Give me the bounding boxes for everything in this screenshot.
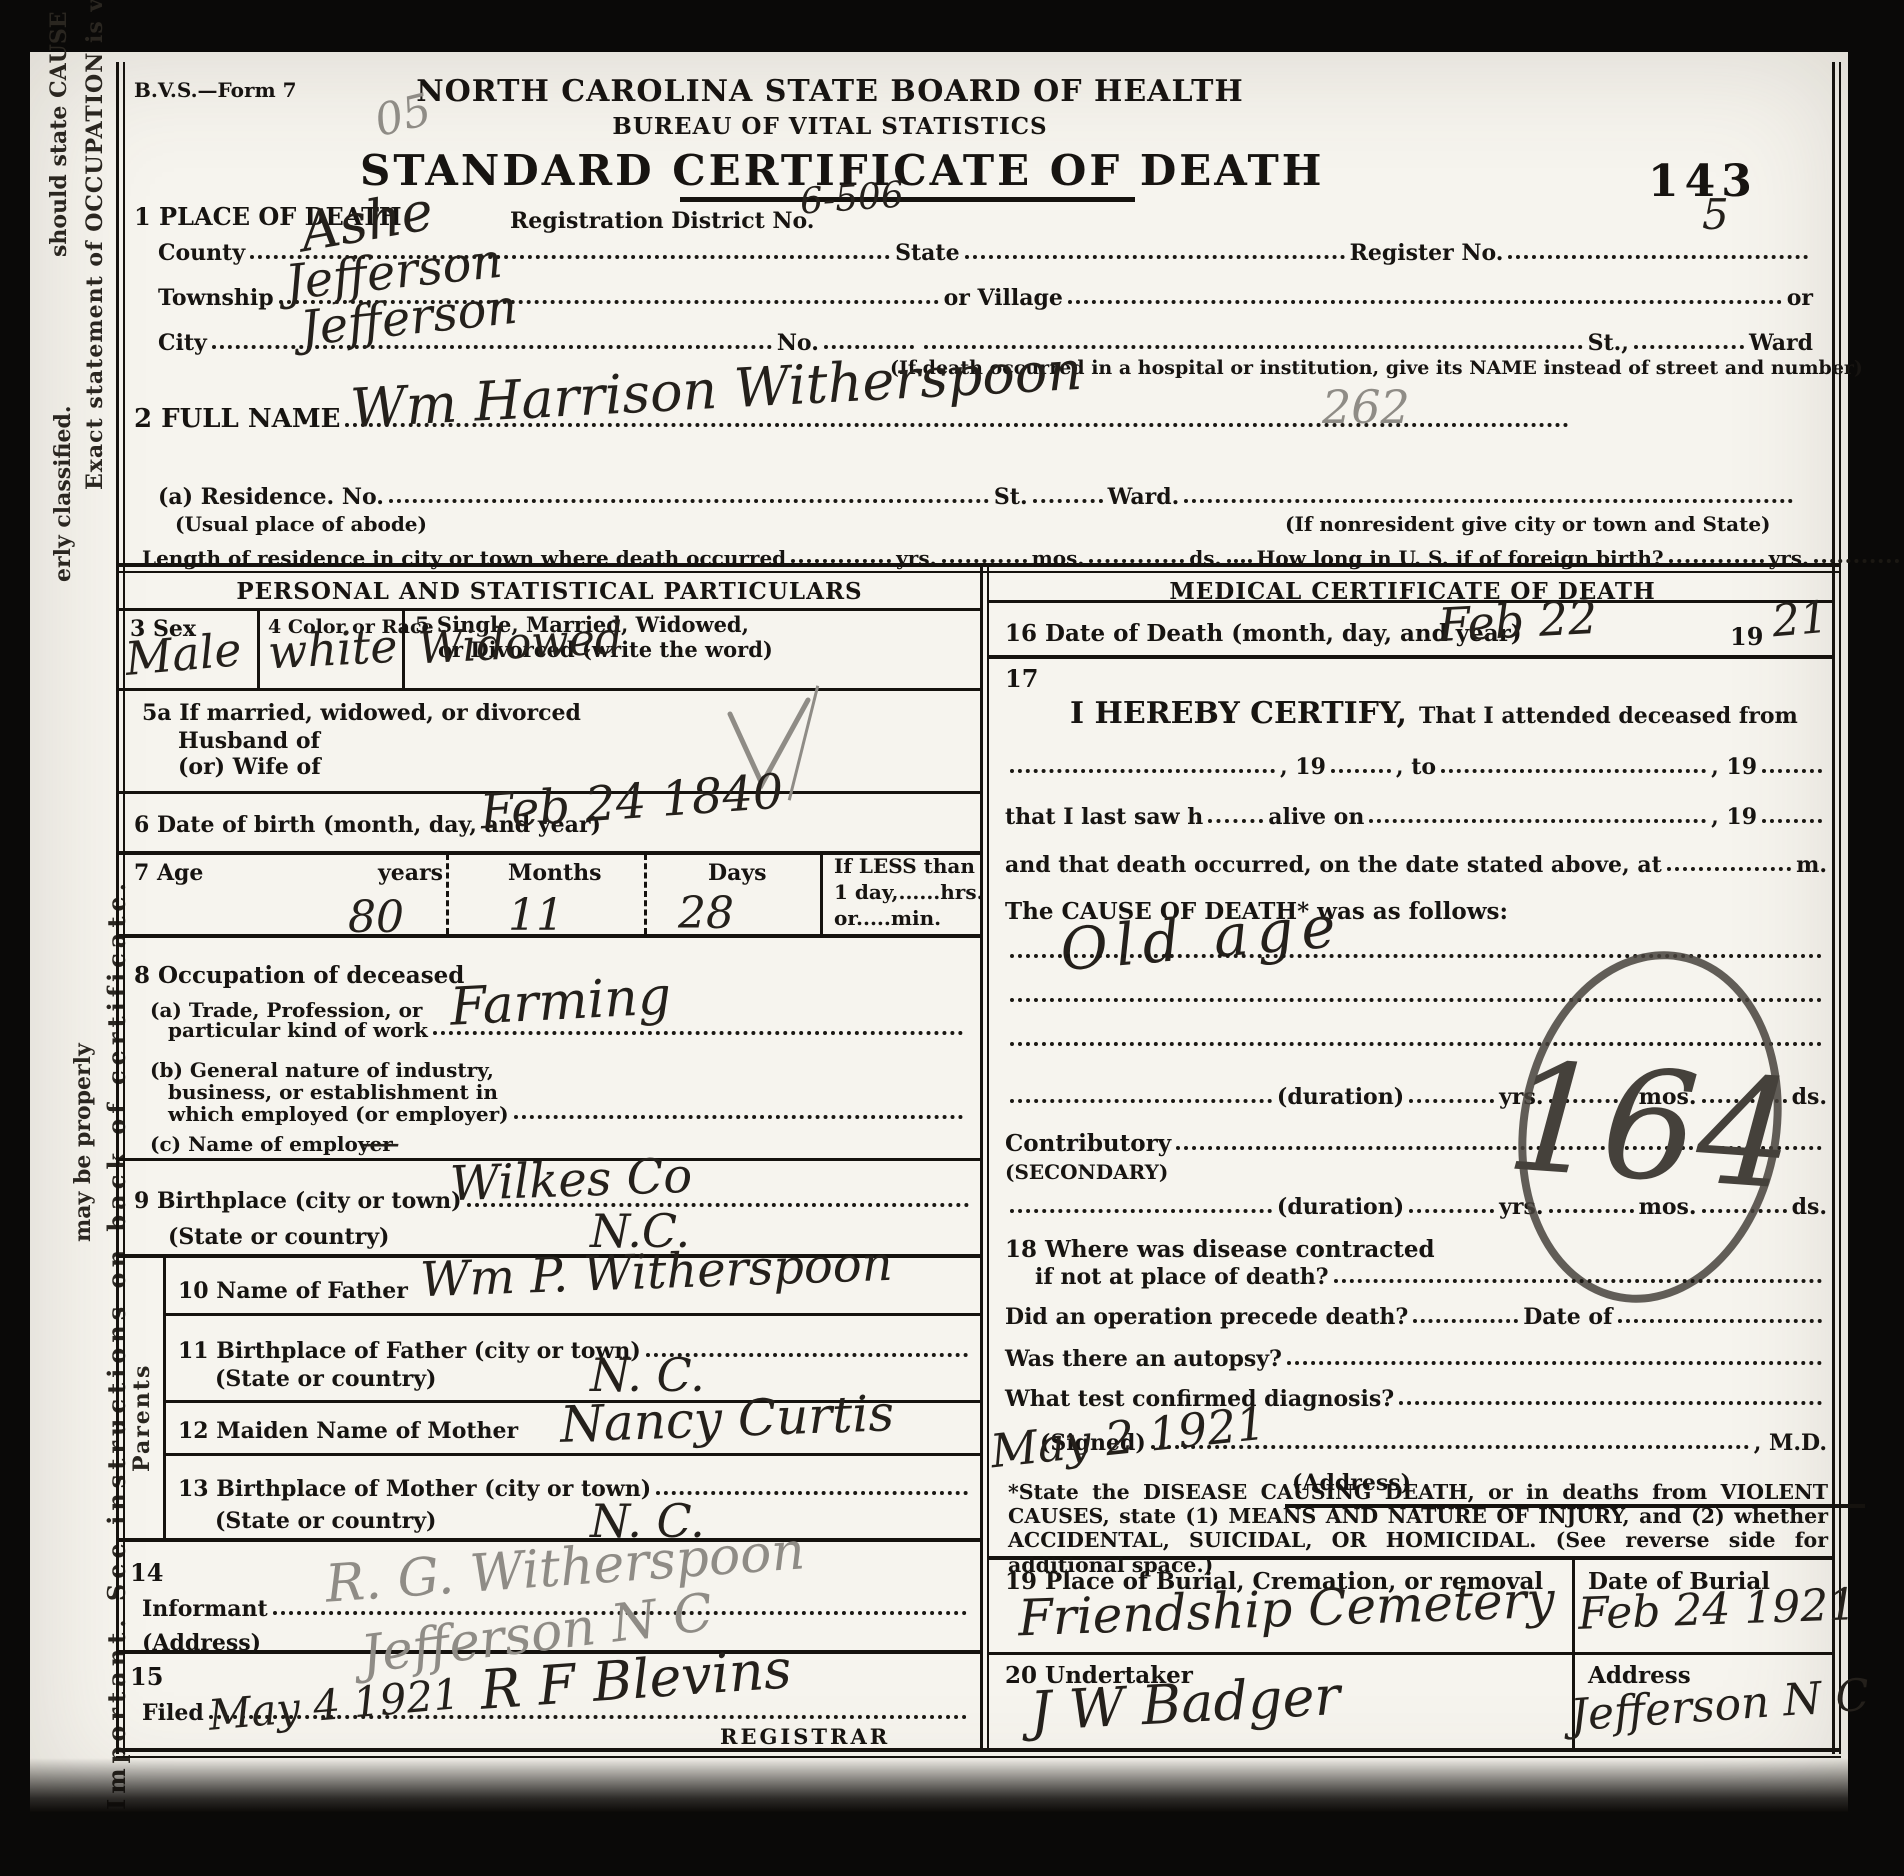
- informant-label: Informant: [142, 1596, 268, 1622]
- column-divider-inner: [987, 567, 989, 1752]
- border-left-outer: [116, 62, 119, 1754]
- age-days-label: Days: [708, 860, 767, 886]
- test-row: What test confirmed diagnosis?: [1005, 1386, 1827, 1412]
- mother-value: Nancy Curtis: [559, 1384, 895, 1454]
- st-line: [1634, 343, 1744, 349]
- duration1-ds: ds.: [1792, 1084, 1827, 1110]
- age-years-label: years: [378, 860, 443, 886]
- occupation-value: Farming: [449, 966, 673, 1037]
- disease-contracted-line: [1334, 1277, 1822, 1283]
- length-line-6: [1814, 557, 1899, 563]
- informant-number: 14: [130, 1558, 163, 1587]
- certify-19b: , 19: [1711, 754, 1757, 780]
- residence-st-label: St.: [994, 484, 1028, 510]
- filed-number: 15: [130, 1662, 163, 1691]
- rule-sections-top2: [116, 571, 1841, 573]
- pencil-stamp-number: 164: [1501, 1030, 1799, 1224]
- duration1-line-1: [1409, 1097, 1494, 1103]
- length-mos: mos.: [1032, 546, 1085, 570]
- st-label: St.,: [1588, 330, 1629, 356]
- autopsy-line: [1287, 1359, 1822, 1365]
- death-year-value: 21: [1770, 592, 1830, 648]
- border-left-inner: [123, 62, 125, 1754]
- or-label: or: [1787, 285, 1813, 311]
- death-occurred-m: m.: [1796, 852, 1827, 878]
- last-saw-line-3: [1762, 817, 1822, 823]
- length-line-3: [1089, 557, 1184, 563]
- wife-of-label: (or) Wife of: [178, 754, 321, 780]
- length-yrs: yrs.: [896, 546, 936, 570]
- duration1-label: (duration): [1277, 1084, 1404, 1110]
- occupation-b-1: (b) General nature of industry,: [150, 1058, 494, 1082]
- age-months-label: Months: [508, 860, 602, 886]
- rule-left-header: [118, 608, 981, 611]
- margin-note-properly: may be properly: [70, 1043, 96, 1242]
- state-label: State: [895, 240, 959, 266]
- parents-box-line: [163, 1254, 166, 1541]
- medical-section-title: MEDICAL CERTIFICATE OF DEATH: [990, 578, 1835, 605]
- father-bp-label: 11 Birthplace of Father (city or town): [178, 1338, 641, 1364]
- filed-date-value: May 4 1921: [206, 1669, 461, 1740]
- employer-label: (c) Name of employer: [150, 1132, 393, 1156]
- autopsy-row: Was there an autopsy?: [1005, 1346, 1827, 1372]
- disease-contracted-row: if not at place of death?: [1035, 1264, 1827, 1290]
- border-right-outer: [1832, 62, 1835, 1754]
- abode-note: (Usual place of abode): [175, 512, 427, 536]
- parents-label: Parents: [129, 1364, 155, 1472]
- certify-from-to-row: , 19 , to , 19: [1005, 754, 1827, 780]
- occupation-label: 8 Occupation of deceased: [134, 962, 464, 989]
- age-divider-1: [446, 854, 449, 934]
- certify-lead-row: I HEREBY CERTIFY, That I attended deceas…: [1070, 696, 1830, 731]
- city-line: [212, 343, 772, 349]
- residence-label: (a) Residence. No.: [158, 484, 384, 510]
- last-saw-line-2: [1369, 817, 1706, 823]
- death-occurred-line: [1667, 865, 1791, 871]
- rule-row3: [118, 688, 981, 691]
- disease-contracted-1: 18 Where was disease contracted: [1005, 1236, 1435, 1263]
- registration-district-value: 6-506: [799, 174, 905, 222]
- certify-line-1: [1010, 767, 1275, 773]
- death-date-value: Feb 22: [1437, 590, 1599, 652]
- certify-lead-rest: That I attended deceased from: [1419, 703, 1798, 729]
- age-less-1: If LESS than: [834, 854, 975, 878]
- age-years-value: 80: [348, 892, 404, 943]
- mother-bp-state-label: (State or country): [215, 1508, 436, 1534]
- age-label: 7 Age: [134, 860, 203, 886]
- nonresident-note: (If nonresident give city or town and St…: [1285, 512, 1771, 536]
- residence-row: (a) Residence. No. St. Ward.: [158, 484, 1798, 510]
- occupation-b-3: which employed (or employer): [168, 1102, 509, 1126]
- how-long-yrs: yrs.: [1769, 546, 1809, 570]
- age-divider-2: [644, 854, 647, 934]
- operation-line: [1413, 1317, 1518, 1323]
- death-occurred-label: and that death occurred, on the date sta…: [1005, 852, 1662, 878]
- full-name-pencil-number: 262: [1322, 380, 1410, 434]
- how-long-label: How long in U. S. if of foreign birth?: [1257, 546, 1664, 570]
- length-label: Length of residence in city or town wher…: [142, 546, 786, 570]
- bureau-title: BUREAU OF VITAL STATISTICS: [360, 113, 1300, 140]
- margin-note-occupation: Exact statement of OCCUPATION is very: [82, 0, 108, 490]
- certificate-paper: should state CAUSE Exact statement of OC…: [30, 52, 1848, 1812]
- rule-bottom: [116, 1748, 1841, 1752]
- length-ds: ds.: [1189, 546, 1221, 570]
- burial-date-value: Feb 24 1921: [1577, 1579, 1857, 1640]
- secondary-label: (SECONDARY): [1005, 1160, 1168, 1184]
- length-of-residence-row: Length of residence in city or town wher…: [142, 546, 1817, 570]
- rule-row16: [987, 655, 1832, 659]
- cause-line-1: [1010, 952, 1822, 958]
- register-no-value: 5: [1702, 190, 1729, 239]
- certify-line-2: [1331, 767, 1391, 773]
- mother-label: 12 Maiden Name of Mother: [178, 1418, 518, 1444]
- father-value: Wm P. Witherspoon: [419, 1236, 893, 1308]
- border-right-inner: [1839, 62, 1841, 1754]
- md-label: , M.D.: [1754, 1430, 1827, 1456]
- mother-bp-label: 13 Birthplace of Mother (city or town): [178, 1476, 651, 1502]
- duration1-line-0: [1010, 1097, 1272, 1103]
- informant-address-label: (Address): [142, 1630, 261, 1656]
- occupation-a-2: particular kind of work: [168, 1018, 428, 1042]
- race-value: white: [267, 619, 399, 680]
- length-line-1: [791, 557, 891, 563]
- length-line-2: [942, 557, 1027, 563]
- birthplace-label: 9 Birthplace (city or town): [134, 1188, 462, 1214]
- last-saw-row: that I last saw h alive on , 19: [1005, 804, 1827, 830]
- margin-note-cause: should state CAUSE: [46, 12, 72, 258]
- father-bp-row: 11 Birthplace of Father (city or town): [178, 1338, 973, 1364]
- city-label: City: [158, 330, 207, 356]
- sex-value: Male: [123, 622, 244, 686]
- occupation-b-row: which employed (or employer): [168, 1102, 968, 1126]
- register-no-label: Register No.: [1350, 240, 1504, 266]
- title-underline: [680, 197, 1135, 202]
- rule-row12: [163, 1453, 981, 1456]
- age-months-value: 11: [508, 890, 564, 941]
- certify-to: , to: [1396, 754, 1436, 780]
- occupation-b-line: [514, 1113, 963, 1119]
- birthplace-state-label: (State or country): [168, 1224, 389, 1250]
- or-village-label: or Village: [944, 285, 1063, 311]
- last-saw-19: , 19: [1711, 804, 1757, 830]
- age-less-2: 1 day,......hrs.: [834, 880, 984, 904]
- rule-row19-bottom: [987, 1652, 1832, 1655]
- operation-date-line: [1618, 1317, 1822, 1323]
- disease-contracted-2: if not at place of death?: [1035, 1264, 1329, 1290]
- death-occurred-row: and that death occurred, on the date sta…: [1005, 852, 1827, 878]
- age-divider-3: [820, 854, 823, 934]
- last-saw-line-1: [1208, 817, 1263, 823]
- register-no-line: [1508, 253, 1808, 259]
- father-bp-state-label: (State or country): [215, 1366, 436, 1392]
- filed-label: Filed: [142, 1700, 204, 1726]
- test-line: [1399, 1399, 1822, 1405]
- length-line-4: [1227, 557, 1252, 563]
- form-number: B.V.S.—Form 7: [134, 78, 297, 102]
- contributory-label: Contributory: [1005, 1130, 1171, 1157]
- length-line-5: [1669, 557, 1764, 563]
- employer-value: —: [360, 1120, 400, 1166]
- certify-line-3: [1441, 767, 1706, 773]
- state-line: [965, 253, 1345, 259]
- operation-label: Did an operation precede death?: [1005, 1304, 1408, 1330]
- marital-value: Widowed: [417, 613, 624, 675]
- operation-row: Did an operation precede death? Date of: [1005, 1304, 1827, 1330]
- cell-divider-sex: [257, 608, 260, 691]
- county-label: County: [158, 240, 245, 266]
- duration2-label: (duration): [1277, 1194, 1404, 1220]
- org-title: NORTH CAROLINA STATE BOARD OF HEALTH: [360, 74, 1300, 109]
- duration2-line-0: [1010, 1207, 1272, 1213]
- scan-bottom-shadow: [30, 1758, 1848, 1812]
- birthplace-value: Wilkes Co: [449, 1148, 693, 1212]
- rule-row10: [163, 1313, 981, 1316]
- item5a-label: 5a If married, widowed, or divorced: [142, 700, 581, 726]
- certify-19a: , 19: [1280, 754, 1326, 780]
- duration2-ds: ds.: [1792, 1194, 1827, 1220]
- husband-of-label: Husband of: [178, 728, 320, 754]
- autopsy-label: Was there an autopsy?: [1005, 1346, 1282, 1372]
- duration2-line-1: [1409, 1207, 1494, 1213]
- village-line: [1068, 298, 1782, 304]
- residence-st-line: [1033, 497, 1103, 503]
- residence-no-line: [389, 497, 989, 503]
- operation-date-of: Date of: [1523, 1304, 1612, 1330]
- registration-district-label: Registration District No.: [510, 208, 814, 234]
- certify-lead-bold: I HEREBY CERTIFY,: [1070, 696, 1407, 731]
- ward-label: Ward: [1749, 330, 1813, 356]
- mother-bp-row: 13 Birthplace of Mother (city or town): [178, 1476, 973, 1502]
- occupation-b-2: business, or establishment in: [168, 1080, 498, 1104]
- birth-date-value: Feb 24 1840: [478, 763, 785, 840]
- age-less-3: or.....min.: [834, 906, 941, 930]
- residence-ward-line: [1184, 497, 1793, 503]
- full-name-label: 2 FULL NAME: [134, 404, 340, 434]
- age-days-value: 28: [678, 888, 734, 939]
- residence-ward-label: Ward.: [1108, 484, 1180, 510]
- father-label: 10 Name of Father: [178, 1278, 408, 1304]
- margin-note-classified: erly classified.: [50, 405, 76, 582]
- township-label: Township: [158, 285, 274, 311]
- scanned-death-certificate: should state CAUSE Exact statement of OC…: [0, 0, 1904, 1876]
- personal-section-title: PERSONAL AND STATISTICAL PARTICULARS: [118, 578, 981, 605]
- death-year-prefix: 19: [1730, 622, 1763, 651]
- cause-footnote: *State the DISEASE CAUSING DEATH, or in …: [1008, 1480, 1828, 1577]
- registrar-label: REGISTRAR: [720, 1724, 890, 1749]
- certify-line-4: [1762, 767, 1822, 773]
- certify-number: 17: [1005, 664, 1038, 693]
- alive-on-label: alive on: [1268, 804, 1364, 830]
- last-saw-prefix: that I last saw h: [1005, 804, 1203, 830]
